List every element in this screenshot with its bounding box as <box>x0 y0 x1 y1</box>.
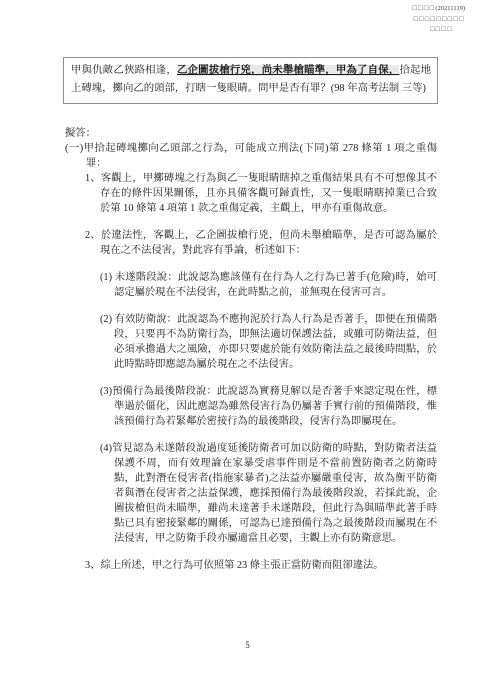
document-header: □□□□(20211119) □□□□□□□□□ □□□□ <box>412 3 465 34</box>
answer-subpoint-4: (4)管見認為未遂階段說過度延後防衛者可加以防衛的時點，對防衛者法益保護不周，而… <box>65 441 437 546</box>
answer-point-3-conclusion: 3、綜上所述，甲之行為可依照第 23 條主張正當防衛而阻卻違法。 <box>65 558 437 573</box>
header-line-3: □□□□ <box>412 24 465 34</box>
answer-body: 擬答： (一)甲拾起磚塊擲向乙頭部之行為，可能成立刑法(下同)第 278 條第 … <box>65 126 437 573</box>
header-line1-glyphs: □□□□ <box>412 4 435 12</box>
answer-point-1: 1、客觀上，甲擲磚塊之行為與乙一隻眼睛瞎掉之重傷結果具有不可想像其不存在的條件因… <box>65 171 437 216</box>
answer-section-1-heading: (一)甲拾起磚塊擲向乙頭部之行為，可能成立刑法(下同)第 278 條第 1 項之… <box>65 141 437 171</box>
page-number: 5 <box>0 640 495 650</box>
answer-intro: 擬答： <box>65 126 437 141</box>
answer-subpoint-1: (1) 未遂階段說：此說認為應該僅有在行為人之行為已著手(危險)時，始可認定屬於… <box>65 270 437 300</box>
header-date: (20211119) <box>435 5 465 12</box>
question-text-highlight: 乙企圖拔槍行兇，尚未舉槍瞄準，甲為了自保， <box>177 65 399 76</box>
document-page: □□□□(20211119) □□□□□□□□□ □□□□ 甲與仇敵乙狹路相逢，… <box>0 0 495 700</box>
header-line-1: □□□□(20211119) <box>412 3 465 14</box>
header-line-2: □□□□□□□□□ <box>412 14 465 24</box>
question-text-pre: 甲與仇敵乙狹路相逢， <box>71 65 177 76</box>
answer-subpoint-2: (2) 有效防衛說：此說認為不應拘泥於行為人行為是否著手，即便在預備階段，只要再… <box>65 312 437 372</box>
question-box: 甲與仇敵乙狹路相逢，乙企圖拔槍行兇，尚未舉槍瞄準，甲為了自保，拾起地上磚塊，擲向… <box>63 57 438 104</box>
answer-subpoint-3: (3)預備行為最後階段說：此說認為實務見解以是否著手來認定現在性，標準過於僵化，… <box>65 384 437 429</box>
answer-point-2: 2、於違法性，客觀上，乙企圖拔槍行兇，但尚未舉槍瞄準，是否可認為屬於現在之不法侵… <box>65 228 437 258</box>
